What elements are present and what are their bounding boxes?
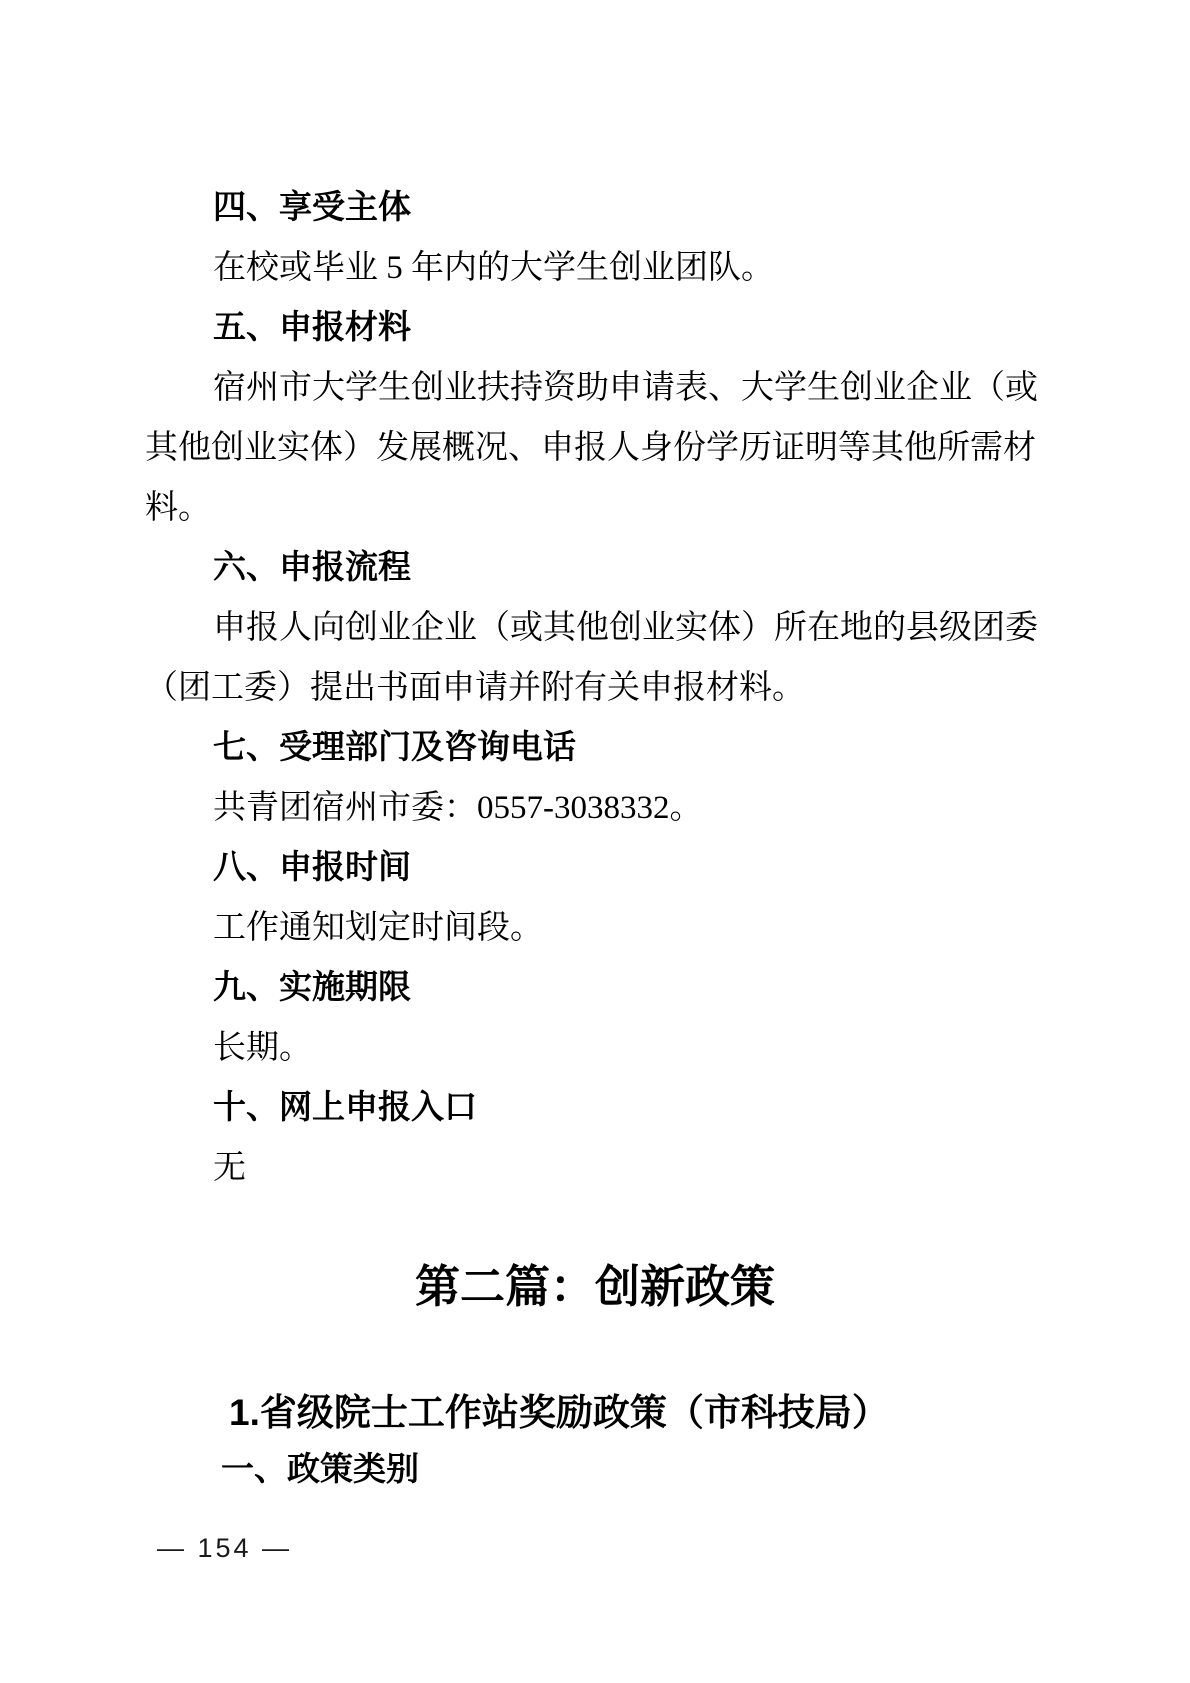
- document-page: 四、享受主体 在校或毕业 5 年内的大学生创业团队。 五、申报材料 宿州市大学生…: [0, 0, 1190, 1683]
- body-text-line: （团工委）提出书面申请并附有关申报材料。: [145, 668, 1037, 708]
- policy-section-title: 1.省级院士工作站奖励政策（市科技局）: [229, 1382, 889, 1436]
- section-heading-materials: 五、申报材料: [145, 308, 1105, 348]
- body-text-line-phone: 共青团宿州市委：0557-3038332。: [145, 788, 1105, 828]
- section-heading-duration: 九、实施期限: [145, 968, 1105, 1008]
- body-text-line: 长期。: [145, 1028, 1105, 1068]
- body-text-line: 料。: [145, 488, 1037, 528]
- section-heading-enjoy-subject: 四、享受主体: [145, 188, 1105, 228]
- body-text-line: 宿州市大学生创业扶持资助申请表、大学生创业企业（或: [145, 368, 1105, 408]
- body-text-line: 工作通知划定时间段。: [145, 908, 1105, 948]
- sub-heading-category: 一、政策类别: [221, 1443, 419, 1490]
- section-heading-time: 八、申报时间: [145, 848, 1105, 888]
- body-text-line: 无: [145, 1148, 1105, 1188]
- section-heading-contact: 七、受理部门及咨询电话: [145, 728, 1105, 768]
- part-title: 第二篇：创新政策: [145, 1250, 1045, 1315]
- page-number-footer: — 154 —: [157, 1533, 292, 1564]
- body-text-line: 其他创业实体）发展概况、申报人身份学历证明等其他所需材: [145, 428, 1037, 468]
- section-heading-process: 六、申报流程: [145, 548, 1105, 588]
- body-text-line: 申报人向创业企业（或其他创业实体）所在地的县级团委: [145, 608, 1105, 648]
- body-text-line: 在校或毕业 5 年内的大学生创业团队。: [145, 248, 1105, 288]
- section-heading-online-portal: 十、网上申报入口: [145, 1088, 1105, 1128]
